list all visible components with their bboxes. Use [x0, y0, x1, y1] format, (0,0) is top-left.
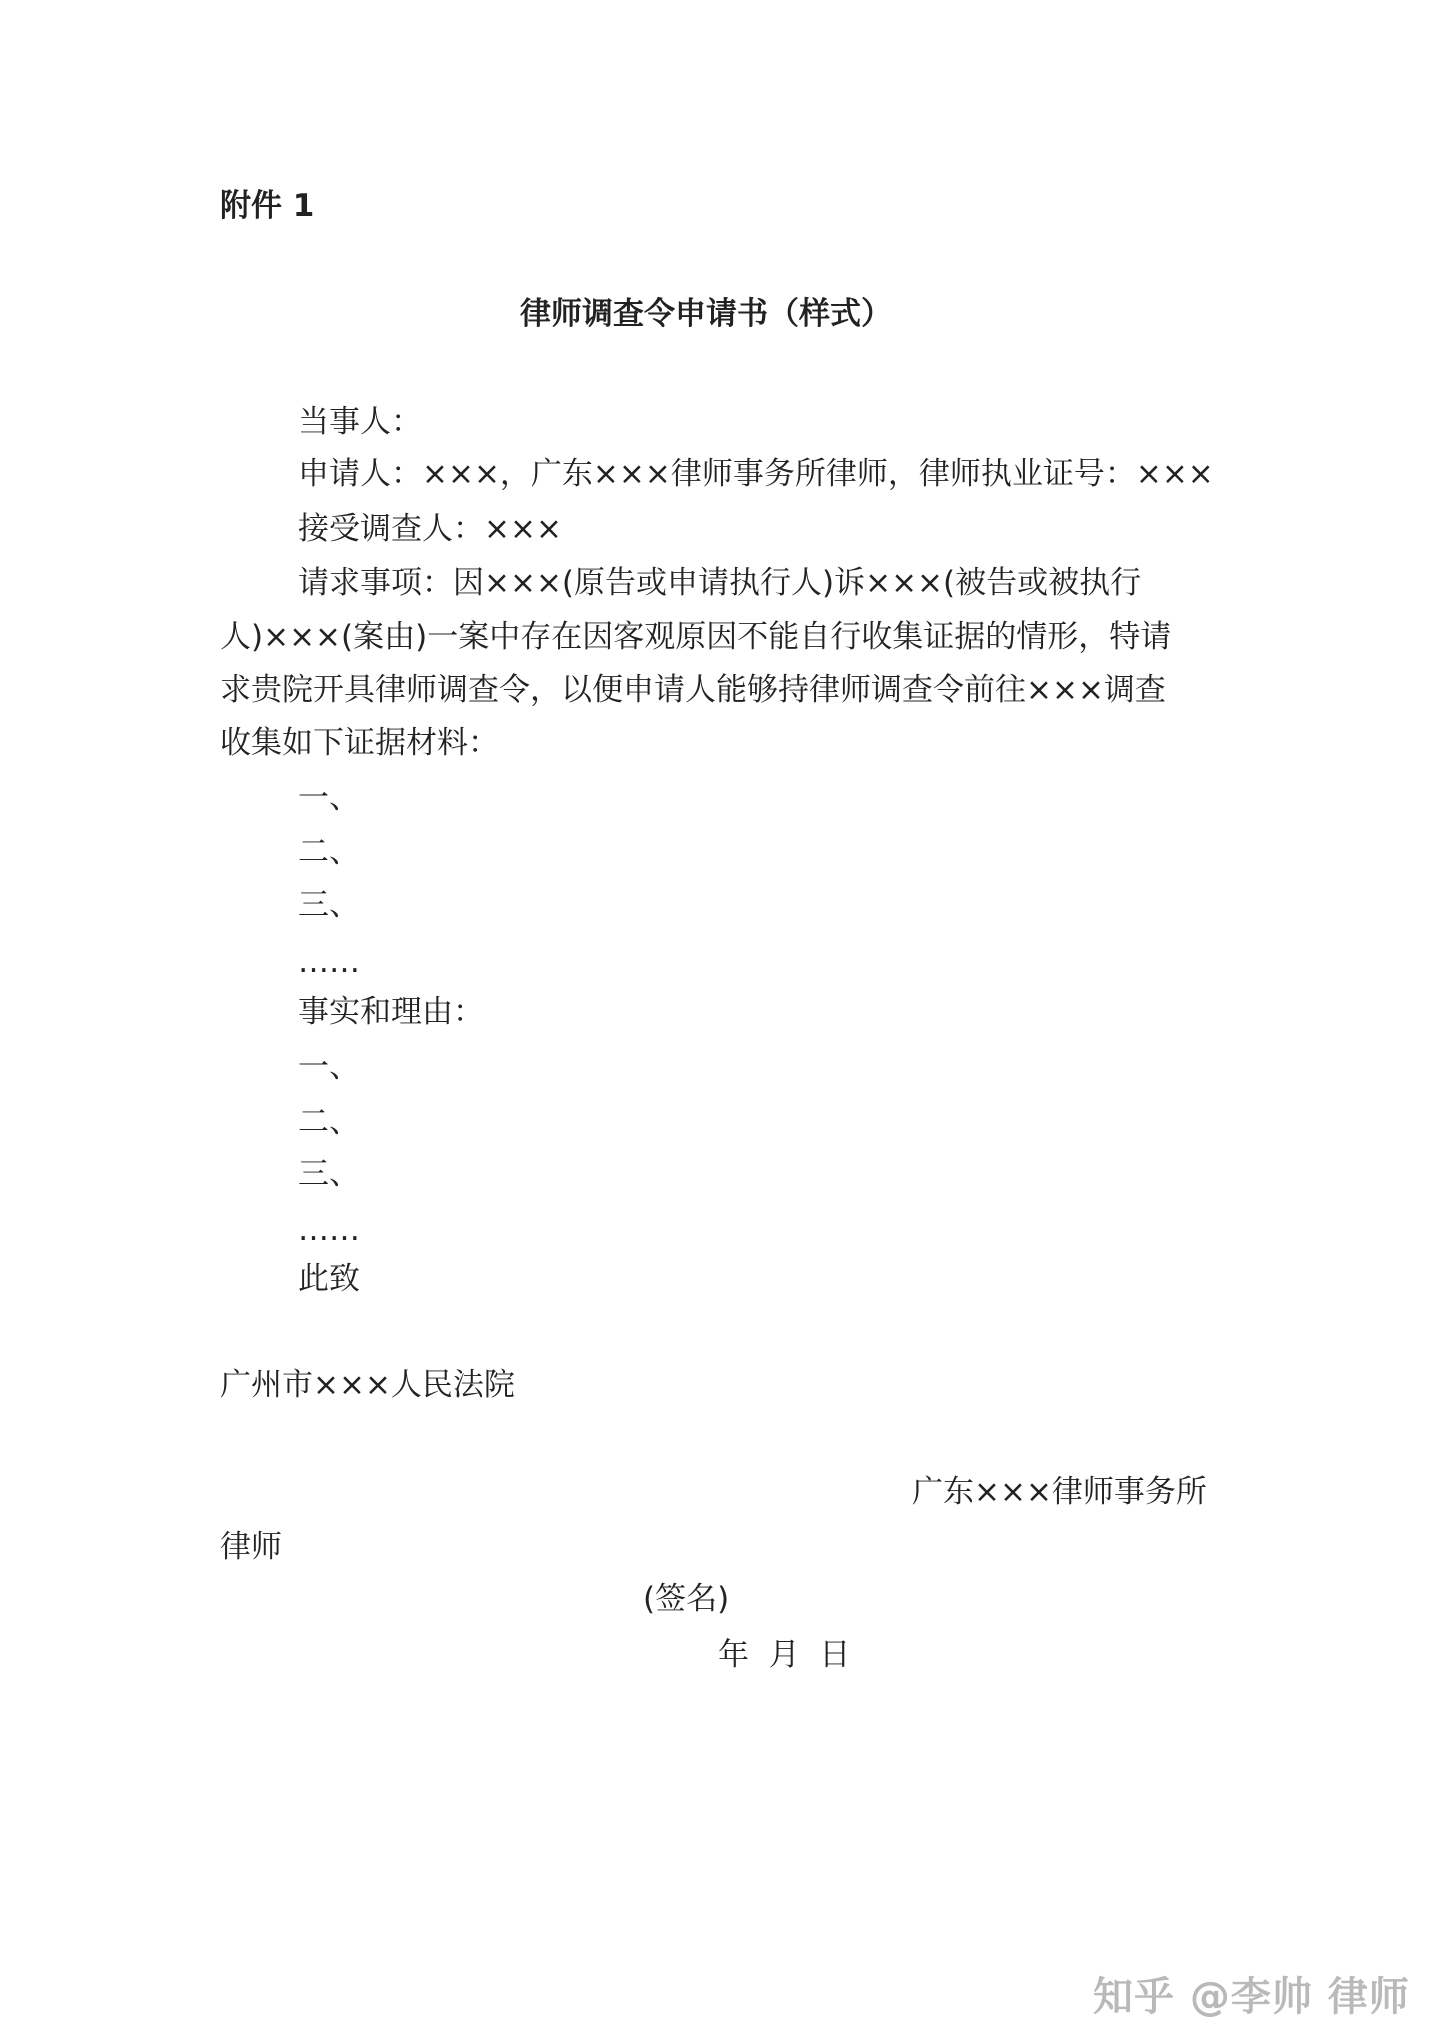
request-line-2: 人)×××(案由)一案中存在因客观原因不能自行收集证据的情形，特请: [220, 617, 1171, 657]
request-line-3: 求贵院开具律师调查令，以便申请人能够持律师调查令前往×××调查: [220, 670, 1166, 710]
evidence-item: ……: [298, 942, 360, 982]
evidence-item: 一、: [298, 778, 360, 818]
investigated-party-line: 接受调查人：×××: [298, 509, 562, 549]
closing-text: 此致: [298, 1259, 360, 1299]
request-line-1: 请求事项：因×××(原告或申请执行人)诉×××(被告或被执行: [298, 563, 1141, 603]
date-label: 年 月 日: [718, 1635, 850, 1675]
facts-label: 事实和理由：: [298, 992, 484, 1032]
facts-item: 二、: [298, 1102, 360, 1142]
evidence-item: 二、: [298, 832, 360, 872]
applicant-line: 申请人：×××，广东×××律师事务所律师，律师执业证号：×××: [298, 454, 1214, 494]
law-firm-name: 广东×××律师事务所: [912, 1472, 1207, 1512]
facts-item: 三、: [298, 1154, 360, 1194]
parties-label: 当事人：: [298, 402, 422, 442]
evidence-item: 三、: [298, 885, 360, 925]
lawyer-label: 律师: [220, 1527, 282, 1567]
court-name: 广州市×××人民法院: [220, 1365, 515, 1405]
watermark: 知乎 @李帅 律师: [1093, 1972, 1410, 2022]
request-line-4: 收集如下证据材料：: [220, 723, 499, 763]
signature-label: (签名): [643, 1579, 729, 1619]
attachment-label: 附件 1: [220, 186, 314, 226]
document-title: 律师调查令申请书（样式）: [520, 294, 892, 334]
facts-item: 一、: [298, 1047, 360, 1087]
facts-item: ……: [298, 1210, 360, 1250]
